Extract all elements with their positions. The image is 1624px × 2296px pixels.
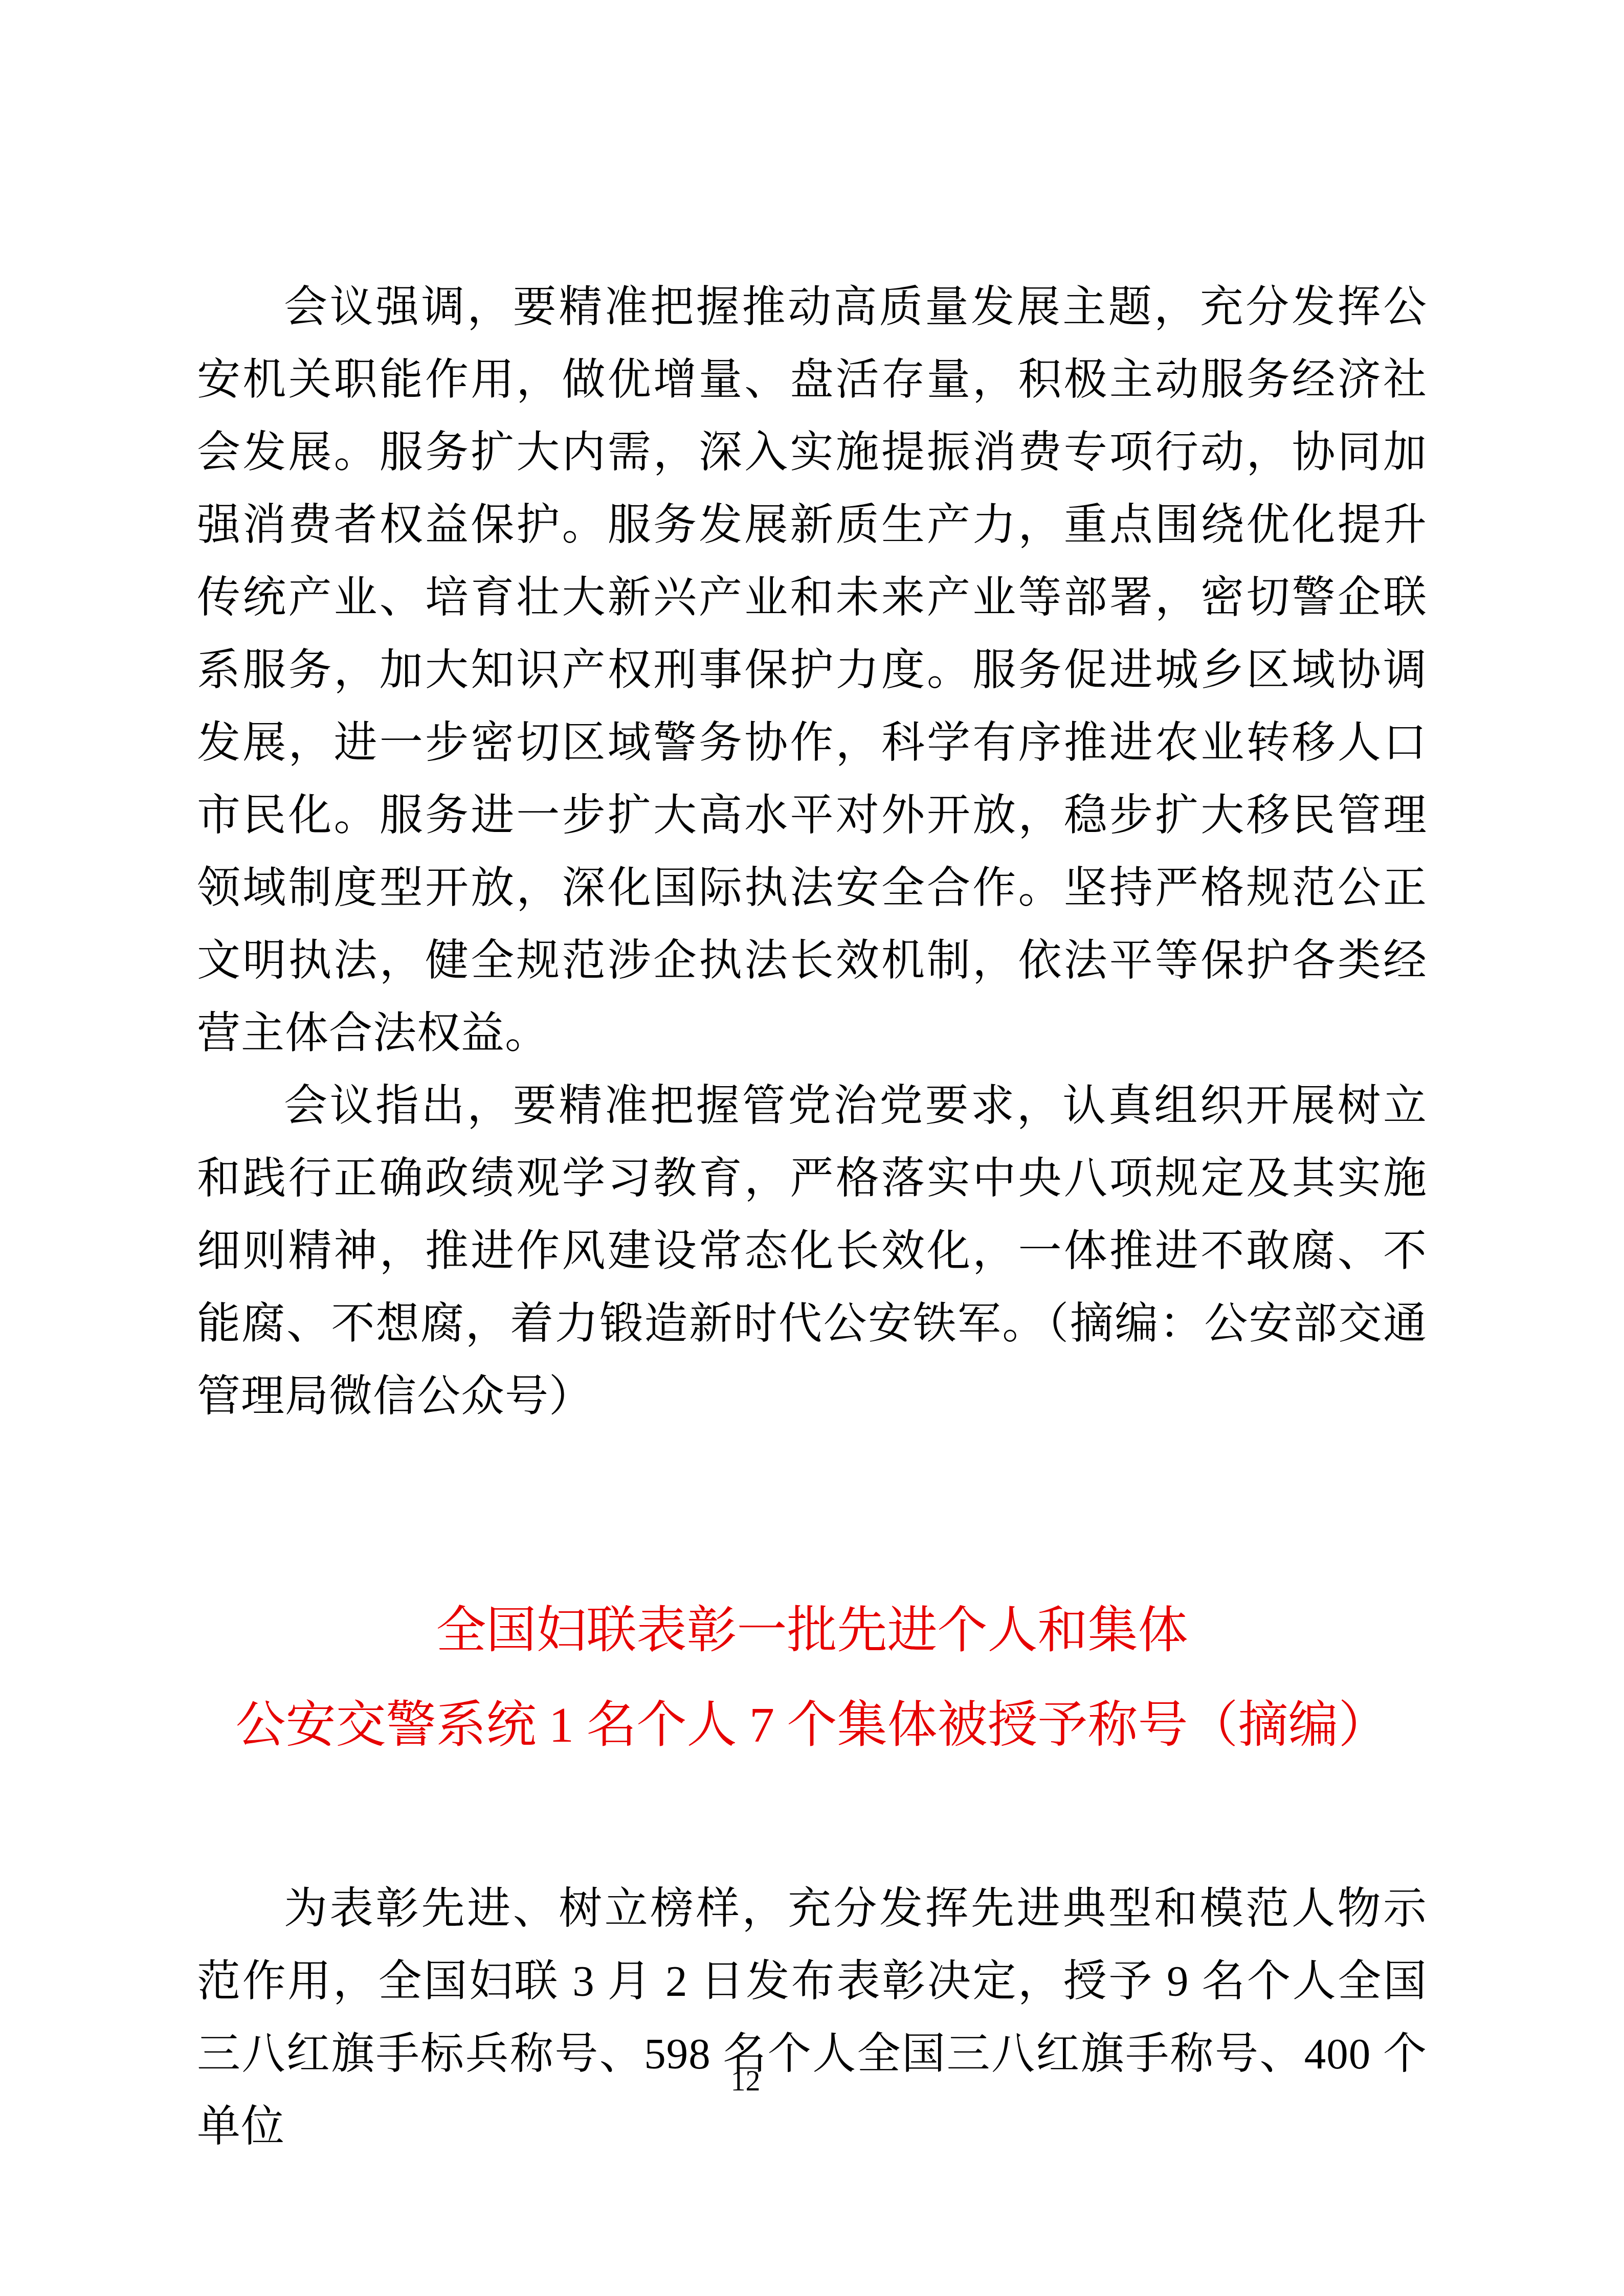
section-heading-line2: 公安交警系统 1 名个人 7 个集体被授予称号（摘编） [197, 1678, 1427, 1773]
section-heading-line1: 全国妇联表彰一批先进个人和集体 [197, 1584, 1427, 1678]
page-content: 会议强调，要精准把握推动高质量发展主题，充分发挥公安机关职能作用，做优增量、盘活… [0, 0, 1624, 2163]
document-page: { "page": { "number": "12", "background"… [0, 0, 1624, 2296]
paragraph-meeting-pointed-out: 会议指出，要精准把握管党治党要求，认真组织开展树立和践行正确政绩观学习教育，严格… [197, 1070, 1427, 1433]
paragraph-meeting-emphasized: 会议强调，要精准把握推动高质量发展主题，充分发挥公安机关职能作用，做优增量、盘活… [197, 271, 1427, 1070]
section-heading: 全国妇联表彰一批先进个人和集体 公安交警系统 1 名个人 7 个集体被授予称号（… [197, 1584, 1427, 1773]
page-footer: 12 [0, 2066, 1558, 2096]
page-number: 12 [731, 2064, 761, 2097]
paragraph-commendation: 为表彰先进、树立榜样，充分发挥先进典型和模范人物示范作用，全国妇联 3 月 2 … [197, 1873, 1427, 2163]
